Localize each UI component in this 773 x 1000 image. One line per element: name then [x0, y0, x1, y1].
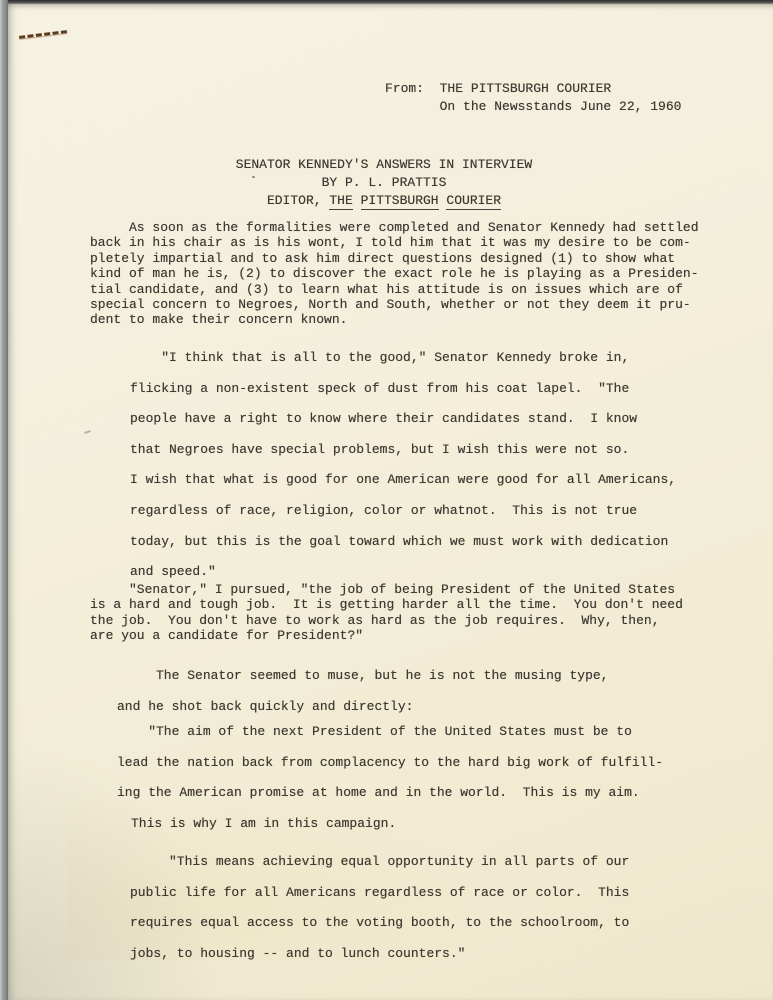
document-title-block: SENATOR KENNEDY'S ANSWERS IN INTERVIEW B…: [0, 156, 768, 211]
page-content: From: THE PITTSBURGH COURIER On the News…: [0, 0, 773, 1000]
underlined-word: COURIER: [446, 193, 501, 210]
means-quote-paragraph: "This means achieving equal opportunity …: [130, 847, 629, 969]
underlined-word: THE: [329, 193, 352, 210]
faded-typewriter-line: This is why I am in this campaign.: [131, 809, 396, 840]
editor-prefix: EDITOR,: [267, 193, 329, 208]
editor-line: EDITOR, THE PITTSBURGH COURIER: [0, 192, 768, 210]
byline: BY P. L. PRATTIS: [0, 174, 768, 192]
underlined-word: PITTSBURGH: [361, 193, 439, 210]
pursued-paragraph: "Senator," I pursued, "the job of being …: [90, 582, 683, 644]
paper-speck: [252, 176, 255, 178]
page-title: SENATOR KENNEDY'S ANSWERS IN INTERVIEW: [0, 156, 768, 174]
source-header: From: THE PITTSBURGH COURIER On the News…: [385, 80, 681, 116]
intro-paragraph: As soon as the formalities were complete…: [90, 220, 699, 328]
staple-mark: [19, 30, 67, 39]
musing-paragraph: The Senator seemed to muse, but he is no…: [117, 661, 608, 722]
paper-speck: [84, 430, 91, 434]
kennedy-quote-paragraph: "I think that is all to the good," Senat…: [130, 343, 676, 588]
scanned-page: From: THE PITTSBURGH COURIER On the News…: [0, 0, 773, 1000]
aim-quote-paragraph: "The aim of the next President of the Un…: [117, 717, 663, 809]
